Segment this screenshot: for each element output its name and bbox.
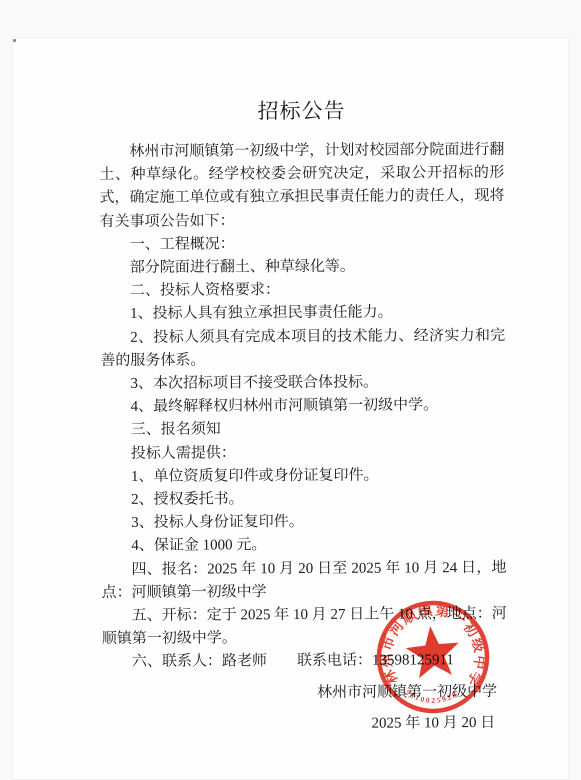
scan-speck — [13, 39, 16, 42]
page-title: 招标公告 — [99, 94, 504, 126]
doc-list-item: 2、授权委托书。 — [101, 487, 506, 512]
doc-list-item: 4、最终解释权归林州市河顺镇第一初级中学。 — [101, 394, 506, 419]
doc-heading-section-3: 三、报名须知 — [101, 417, 506, 442]
doc-list-item: 1、投标人具有独立承担民事责任能力。 — [100, 301, 505, 326]
doc-list-item: 2、投标人须具有完成本项目的技术能力、经济实力和完善的服务体系。 — [100, 325, 505, 374]
doc-list-item: 3、投标人身份证复印件。 — [101, 510, 506, 535]
doc-heading-section-1: 一、工程概况： — [100, 232, 505, 257]
doc-list-item: 1、单位资质复印件或身份证复印件。 — [101, 464, 506, 489]
doc-paragraph: 部分院面进行翻土、种草绿化等。 — [100, 255, 505, 280]
seal-star-icon — [404, 623, 462, 679]
doc-paragraph-intro: 林州市河顺镇第一初级中学，计划对校园部分院面进行翻土、种草绿化。经学校校委会研究… — [99, 139, 504, 234]
doc-heading-section-2: 二、投标人资格要求： — [100, 278, 505, 303]
doc-paragraph: 投标人需提供： — [101, 441, 506, 466]
doc-list-item: 3、本次招标项目不接受联合体投标。 — [100, 371, 505, 396]
seal-code: 5810025928 — [403, 687, 460, 706]
official-seal: 林州市河顺镇第一初级中学 5810025928 — [345, 569, 521, 745]
doc-list-item: 4、保证金 1000 元。 — [101, 533, 506, 558]
